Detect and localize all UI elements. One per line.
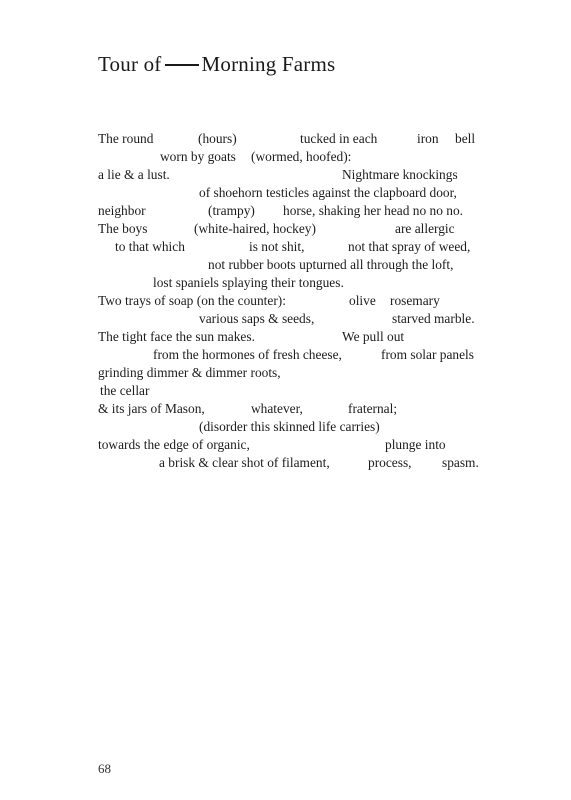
poem-line-fragment: not rubber boots upturned all through th… [208,257,453,273]
poem-line-fragment: process, [368,455,412,471]
poem-line-fragment: The round [98,131,153,147]
poem-line-fragment: a brisk & clear shot of filament, [159,455,330,471]
poem-title-part-1: Tour of [98,52,162,76]
em-dash [165,64,199,66]
poem-line-fragment: & its jars of Mason, [98,401,205,417]
poem-title: Tour ofMorning Farms [98,52,335,77]
poem-line-fragment: from solar panels [381,347,474,363]
poem-line-fragment: Nightmare knockings [342,167,458,183]
poem-line-fragment: (hours) [198,131,237,147]
book-page: Tour ofMorning Farms The round(hours)tuc… [0,0,571,800]
poem-line-fragment: not that spray of weed, [348,239,470,255]
poem-line-fragment: bell [455,131,475,147]
poem-line-fragment: fraternal; [348,401,397,417]
poem-line-fragment: lost spaniels splaying their tongues. [153,275,344,291]
poem-line-fragment: grinding dimmer & dimmer roots, [98,365,281,381]
poem-line-fragment: towards the edge of organic, [98,437,250,453]
poem-line-fragment: horse, shaking her head no no no. [283,203,463,219]
poem-line-fragment: We pull out [342,329,404,345]
poem-line-fragment: from the hormones of fresh cheese, [153,347,342,363]
poem-line-fragment: plunge into [385,437,446,453]
poem-line-fragment: (wormed, hoofed): [251,149,351,165]
poem-line-fragment: are allergic [395,221,455,237]
poem-line-fragment: whatever, [251,401,303,417]
poem-line-fragment: tucked in each [300,131,377,147]
poem-line-fragment: worn by goats [160,149,236,165]
poem-line-fragment: (disorder this skinned life carries) [199,419,380,435]
poem-line-fragment: (trampy) [208,203,255,219]
poem-title-part-2: Morning Farms [202,52,336,76]
poem-line-fragment: to that which [115,239,185,255]
poem-line-fragment: spasm. [442,455,479,471]
poem-line-fragment: olive [349,293,376,309]
poem-line-fragment: The tight face the sun makes. [98,329,255,345]
poem-line-fragment: The boys [98,221,147,237]
poem-line-fragment: of shoehorn testicles against the clapbo… [199,185,457,201]
poem-line-fragment: the cellar [100,383,149,399]
poem-line-fragment: iron [417,131,439,147]
page-number: 68 [98,761,111,777]
poem-line-fragment: rosemary [390,293,440,309]
poem-line-fragment: starved marble. [392,311,475,327]
poem-line-fragment: Two trays of soap (on the counter): [98,293,286,309]
poem-line-fragment: various saps & seeds, [199,311,314,327]
poem-line-fragment: is not shit, [249,239,304,255]
poem-line-fragment: a lie & a lust. [98,167,170,183]
poem-line-fragment: (white-haired, hockey) [194,221,316,237]
poem-line-fragment: neighbor [98,203,146,219]
